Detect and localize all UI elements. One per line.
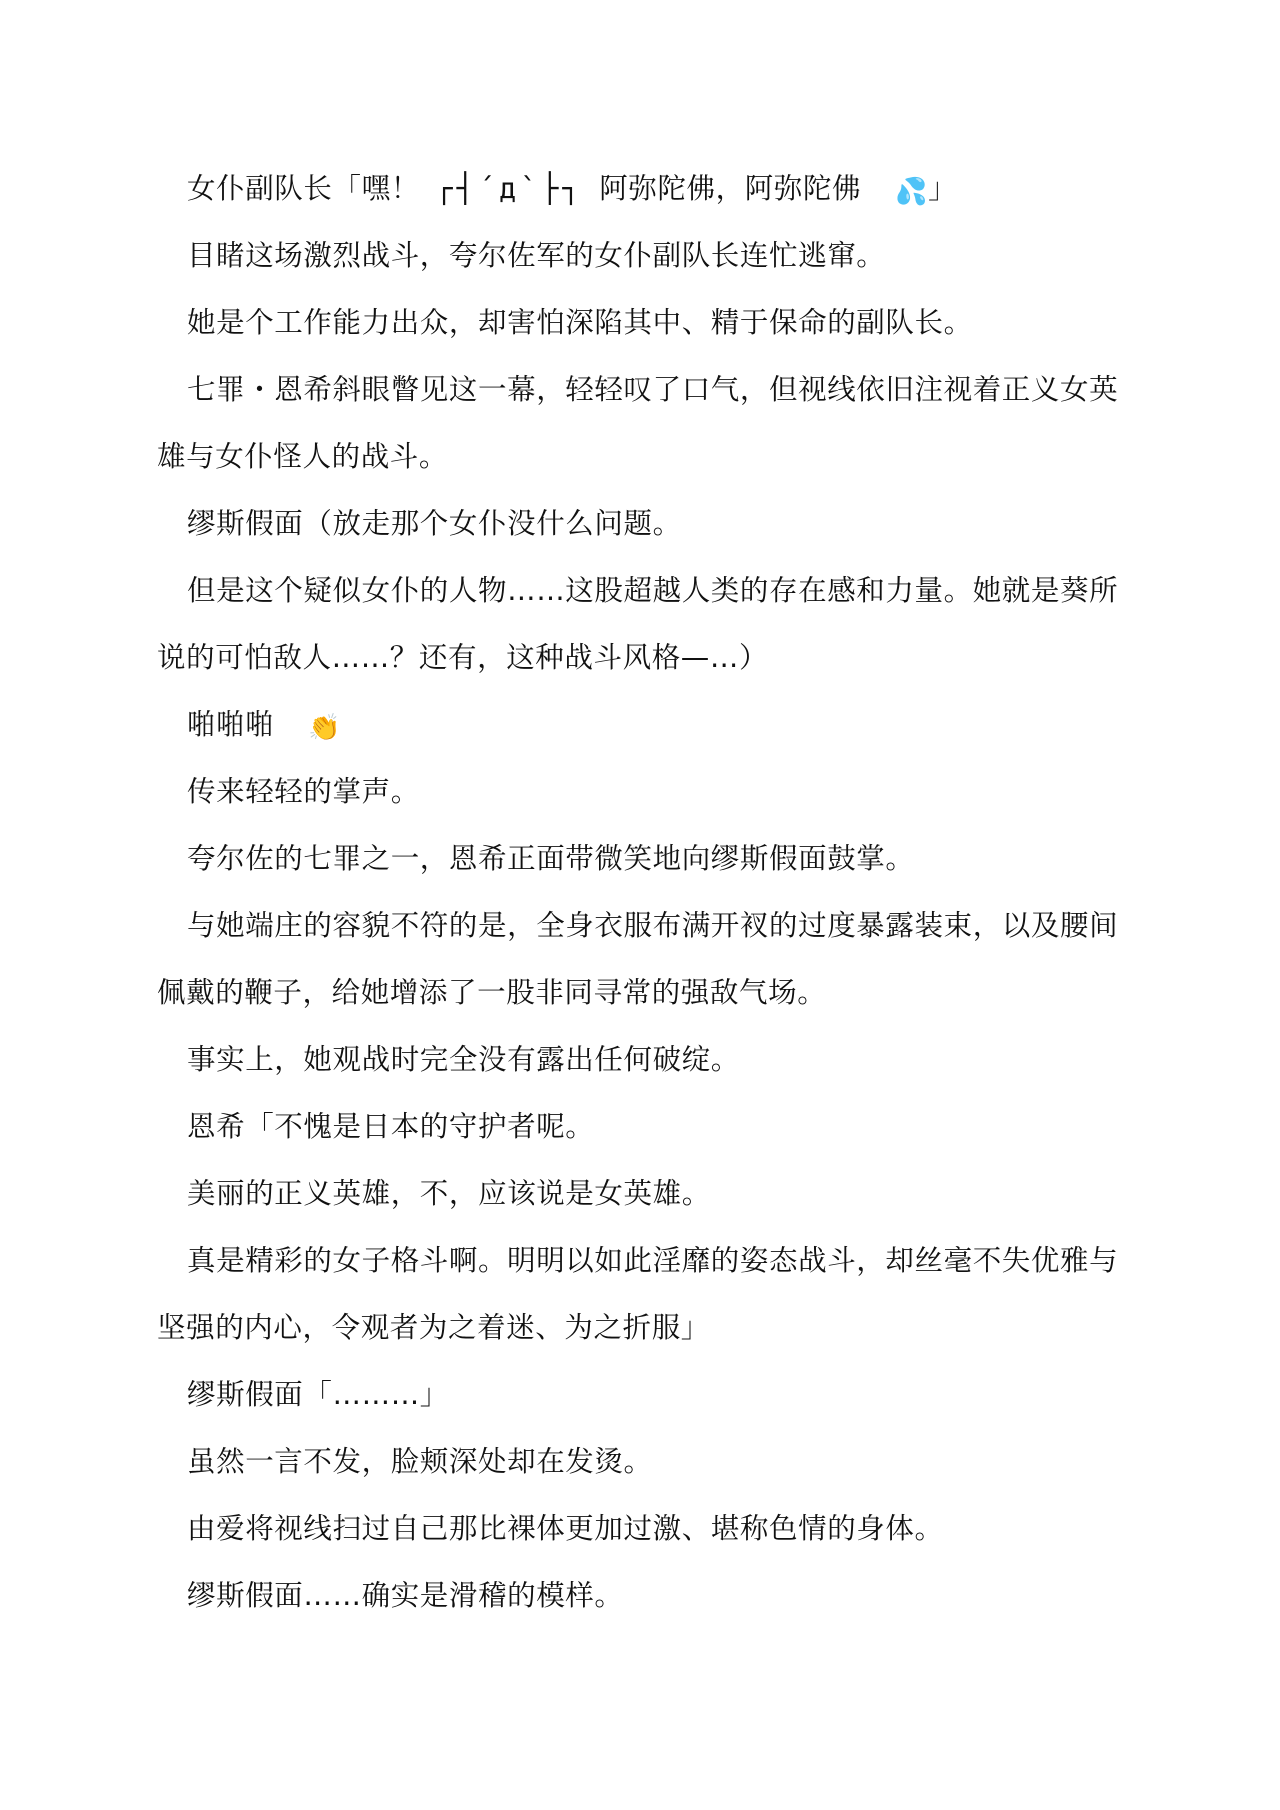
paragraph: 但是这个疑似女仆的人物……这股超越人类的存在感和力量。她就是葵所说的可怕敌人……… bbox=[157, 557, 1132, 691]
dialogue-text-prayer: 阿弥陀佛，阿弥陀佛 bbox=[590, 172, 862, 205]
dialogue-text-start: 女仆副队长「嘿！ bbox=[187, 172, 429, 205]
paragraph: 由爱将视线扫过自己那比裸体更加过激、堪称色情的身体。 bbox=[157, 1495, 1132, 1562]
paragraph: 美丽的正义英雄，不，应该说是女英雄。 bbox=[157, 1160, 1132, 1227]
paragraph: 事实上，她观战时完全没有露出任何破绽。 bbox=[157, 1026, 1132, 1093]
sweat-droplets-icon: 💦 bbox=[865, 179, 928, 205]
paragraph: 恩希「不愧是日本的守护者呢。 bbox=[157, 1093, 1132, 1160]
paragraph: 目睹这场激烈战斗，夸尔佐军的女仆副队长连忙逃窜。 bbox=[157, 222, 1132, 289]
document-page: 女仆副队长「嘿！ ┌┤´д`├┐ 阿弥陀佛，阿弥陀佛💦」 目睹这场激烈战斗，夸尔… bbox=[157, 155, 1132, 1629]
paragraph-dialogue-vice-captain: 女仆副队长「嘿！ ┌┤´д`├┐ 阿弥陀佛，阿弥陀佛💦」 bbox=[157, 155, 1132, 222]
onomatopoeia-text: 啪啪啪 bbox=[187, 708, 274, 741]
paragraph: 真是精彩的女子格斗啊。明明以如此淫靡的姿态战斗，却丝毫不失优雅与坚强的内心，令观… bbox=[157, 1227, 1132, 1361]
paragraph: 传来轻轻的掌声。 bbox=[157, 758, 1132, 825]
paragraph: 缪斯假面「………」 bbox=[157, 1361, 1132, 1428]
paragraph: 虽然一言不发，脸颊深处却在发烫。 bbox=[157, 1428, 1132, 1495]
paragraph: 缪斯假面……确实是滑稽的模样。 bbox=[157, 1562, 1132, 1629]
closing-quote: 」 bbox=[928, 172, 957, 205]
paragraph-clapping: 啪啪啪👏 bbox=[157, 691, 1132, 758]
paragraph: 缪斯假面（放走那个女仆没什么问题。 bbox=[157, 490, 1132, 557]
kaomoji: ┌┤´д`├┐ bbox=[435, 172, 583, 205]
paragraph: 与她端庄的容貌不符的是，全身衣服布满开衩的过度暴露装束，以及腰间佩戴的鞭子，给她… bbox=[157, 892, 1132, 1026]
paragraph: 夸尔佐的七罪之一，恩希正面带微笑地向缪斯假面鼓掌。 bbox=[157, 825, 1132, 892]
paragraph: 七罪・恩希斜眼瞥见这一幕，轻轻叹了口气，但视线依旧注视着正义女英雄与女仆怪人的战… bbox=[157, 356, 1132, 490]
paragraph: 她是个工作能力出众，却害怕深陷其中、精于保命的副队长。 bbox=[157, 289, 1132, 356]
clapping-hands-icon: 👏 bbox=[278, 715, 341, 741]
